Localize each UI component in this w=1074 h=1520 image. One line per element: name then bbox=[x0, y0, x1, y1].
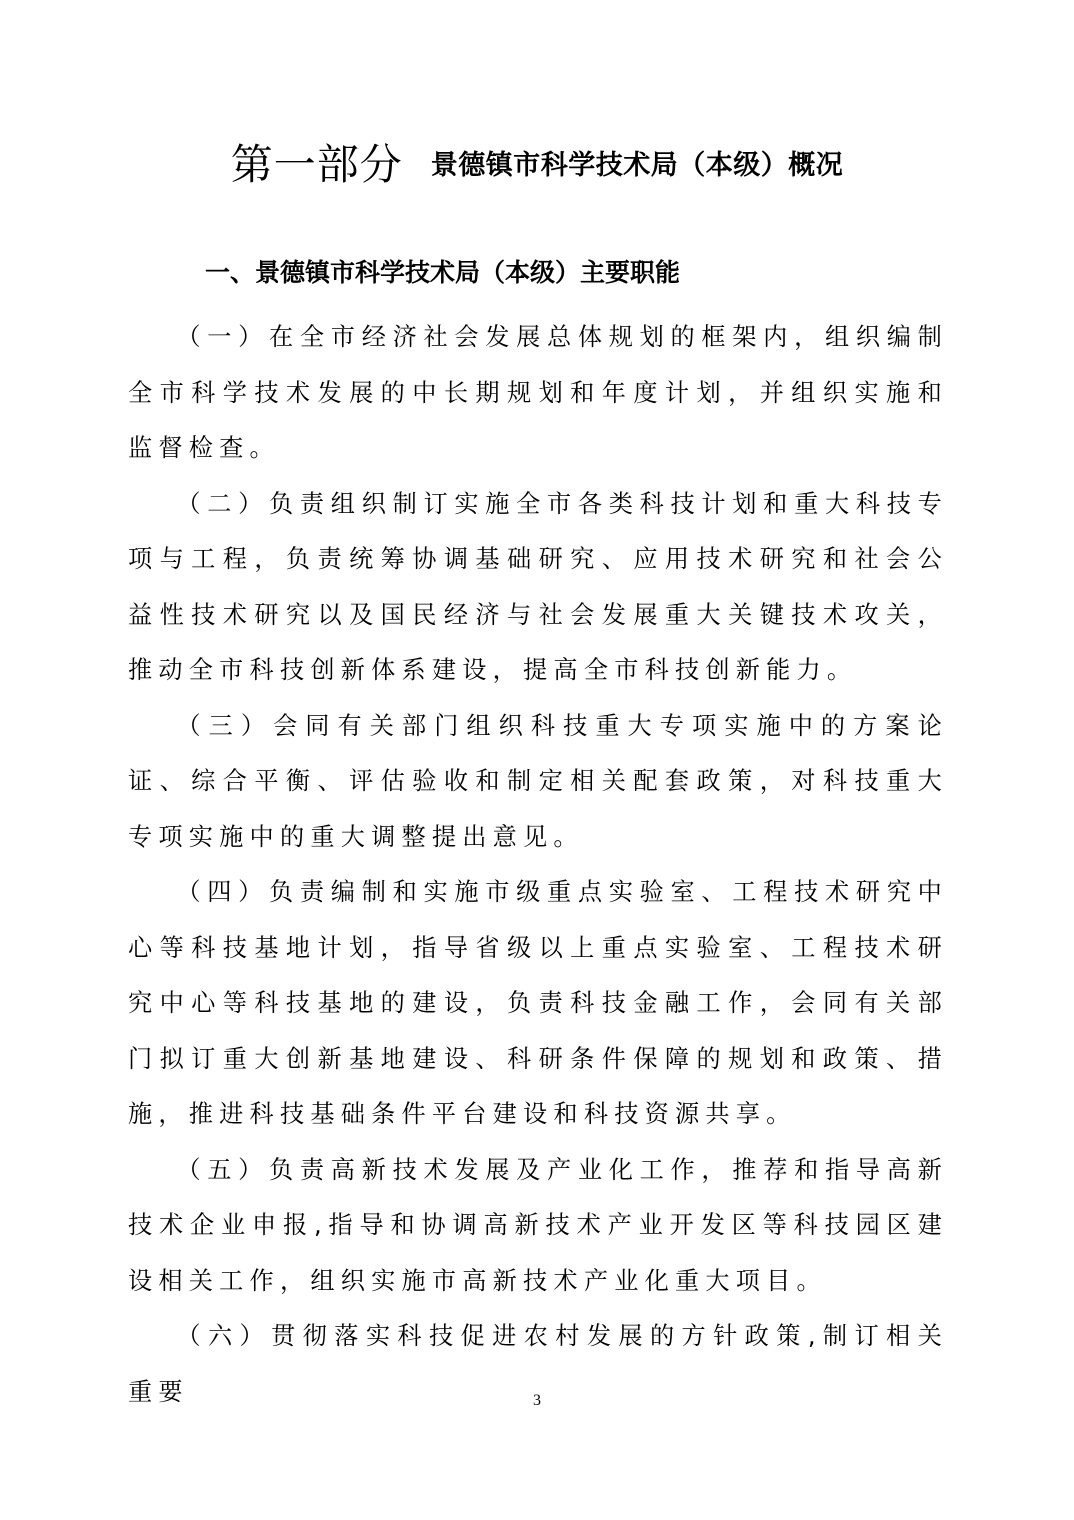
paragraph-1: （一）在全市经济社会发展总体规划的框架内，组织编制全市科学技术发展的中长期规划和… bbox=[128, 310, 948, 477]
part-label: 第一部分 bbox=[231, 140, 403, 189]
document-page: 第一部分景德镇市科学技术局（本级）概况 一、景德镇市科学技术局（本级）主要职能 … bbox=[0, 0, 1074, 1520]
paragraph-2: （二）负责组织制订实施全市各类科技计划和重大科技专项与工程，负责统筹协调基础研究… bbox=[128, 477, 948, 699]
section-heading: 一、景德镇市科学技术局（本级）主要职能 bbox=[205, 253, 680, 289]
page-number: 3 bbox=[0, 1392, 1074, 1410]
paragraph-5: （五）负责高新技术发展及产业化工作，推荐和指导高新技术企业申报,指导和协调高新技… bbox=[128, 1143, 948, 1310]
title-subtitle: 景德镇市科学技术局（本级）概况 bbox=[431, 150, 844, 181]
paragraph-3: （三）会同有关部门组织科技重大专项实施中的方案论证、综合平衡、评估验收和制定相关… bbox=[128, 699, 948, 866]
page-title: 第一部分景德镇市科学技术局（本级）概况 bbox=[0, 132, 1074, 192]
paragraph-4: （四）负责编制和实施市级重点实验室、工程技术研究中心等科技基地计划，指导省级以上… bbox=[128, 865, 948, 1143]
document-body: （一）在全市经济社会发展总体规划的框架内，组织编制全市科学技术发展的中长期规划和… bbox=[128, 310, 948, 1420]
